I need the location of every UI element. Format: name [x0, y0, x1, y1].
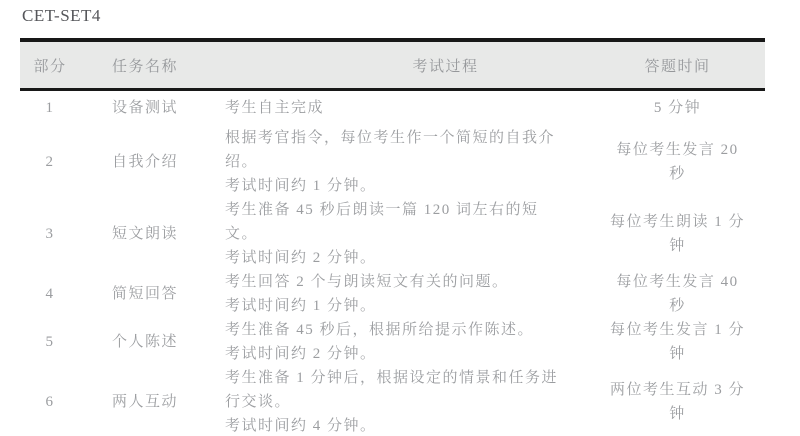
exam-structure-table-container: 部分 任务名称 考试过程 答题时间 1 设备测试 考生自主完成 5 分钟 2 自…: [20, 38, 765, 436]
task-cell: 两人互动: [80, 366, 225, 436]
process-line: 考试时间约 4 分钟。: [225, 414, 570, 436]
process-line: 考试时间约 2 分钟。: [225, 246, 570, 270]
time-cell: 每位考生朗读 1 分钟: [610, 198, 765, 270]
process-line: 考试时间约 1 分钟。: [225, 174, 570, 198]
exam-structure-table: 部分 任务名称 考试过程 答题时间 1 设备测试 考生自主完成 5 分钟 2 自…: [20, 38, 765, 436]
part-cell: 6: [20, 366, 80, 436]
process-cell: 考生准备 1 分钟后，根据设定的情景和任务进行交谈。 考试时间约 4 分钟。: [225, 366, 610, 436]
process-line: 考生准备 1 分钟后，根据设定的情景和任务进行交谈。: [225, 366, 570, 414]
process-line: 考生回答 2 个与朗读短文有关的问题。: [225, 270, 570, 294]
table-row: 1 设备测试 考生自主完成 5 分钟: [20, 90, 765, 126]
column-header-process: 考试过程: [225, 40, 610, 90]
table-header: 部分 任务名称 考试过程 答题时间: [20, 40, 765, 90]
table-body: 1 设备测试 考生自主完成 5 分钟 2 自我介绍 根据考官指令，每位考生作一个…: [20, 90, 765, 436]
process-cell: 考生回答 2 个与朗读短文有关的问题。 考试时间约 1 分钟。: [225, 270, 610, 318]
part-cell: 3: [20, 198, 80, 270]
task-cell: 短文朗读: [80, 198, 225, 270]
process-cell: 考生自主完成: [225, 90, 610, 126]
document-title: CET-SET4: [22, 6, 101, 26]
table-row: 3 短文朗读 考生准备 45 秒后朗读一篇 120 词左右的短文。 考试时间约 …: [20, 198, 765, 270]
process-line: 考生准备 45 秒后，根据所给提示作陈述。: [225, 318, 570, 342]
time-cell: 每位考生发言 40 秒: [610, 270, 765, 318]
task-cell: 个人陈述: [80, 318, 225, 366]
process-line: 考生自主完成: [225, 96, 570, 120]
table-row: 2 自我介绍 根据考官指令，每位考生作一个简短的自我介绍。 考试时间约 1 分钟…: [20, 126, 765, 198]
process-cell: 考生准备 45 秒后，根据所给提示作陈述。 考试时间约 2 分钟。: [225, 318, 610, 366]
process-line: 根据考官指令，每位考生作一个简短的自我介绍。: [225, 126, 570, 174]
column-header-time: 答题时间: [610, 40, 765, 90]
time-cell: 5 分钟: [610, 90, 765, 126]
process-cell: 根据考官指令，每位考生作一个简短的自我介绍。 考试时间约 1 分钟。: [225, 126, 610, 198]
time-cell: 每位考生发言 20 秒: [610, 126, 765, 198]
part-cell: 2: [20, 126, 80, 198]
table-row: 4 简短回答 考生回答 2 个与朗读短文有关的问题。 考试时间约 1 分钟。 每…: [20, 270, 765, 318]
time-cell: 两位考生互动 3 分钟: [610, 366, 765, 436]
process-line: 考试时间约 1 分钟。: [225, 294, 570, 318]
time-cell: 每位考生发言 1 分钟: [610, 318, 765, 366]
task-cell: 自我介绍: [80, 126, 225, 198]
table-row: 6 两人互动 考生准备 1 分钟后，根据设定的情景和任务进行交谈。 考试时间约 …: [20, 366, 765, 436]
table-header-row: 部分 任务名称 考试过程 答题时间: [20, 40, 765, 90]
column-header-part: 部分: [20, 40, 80, 90]
process-line: 考试时间约 2 分钟。: [225, 342, 570, 366]
part-cell: 4: [20, 270, 80, 318]
process-line: 考生准备 45 秒后朗读一篇 120 词左右的短文。: [225, 198, 570, 246]
task-cell: 设备测试: [80, 90, 225, 126]
part-cell: 1: [20, 90, 80, 126]
column-header-task: 任务名称: [80, 40, 225, 90]
table-row: 5 个人陈述 考生准备 45 秒后，根据所给提示作陈述。 考试时间约 2 分钟。…: [20, 318, 765, 366]
part-cell: 5: [20, 318, 80, 366]
process-cell: 考生准备 45 秒后朗读一篇 120 词左右的短文。 考试时间约 2 分钟。: [225, 198, 610, 270]
task-cell: 简短回答: [80, 270, 225, 318]
